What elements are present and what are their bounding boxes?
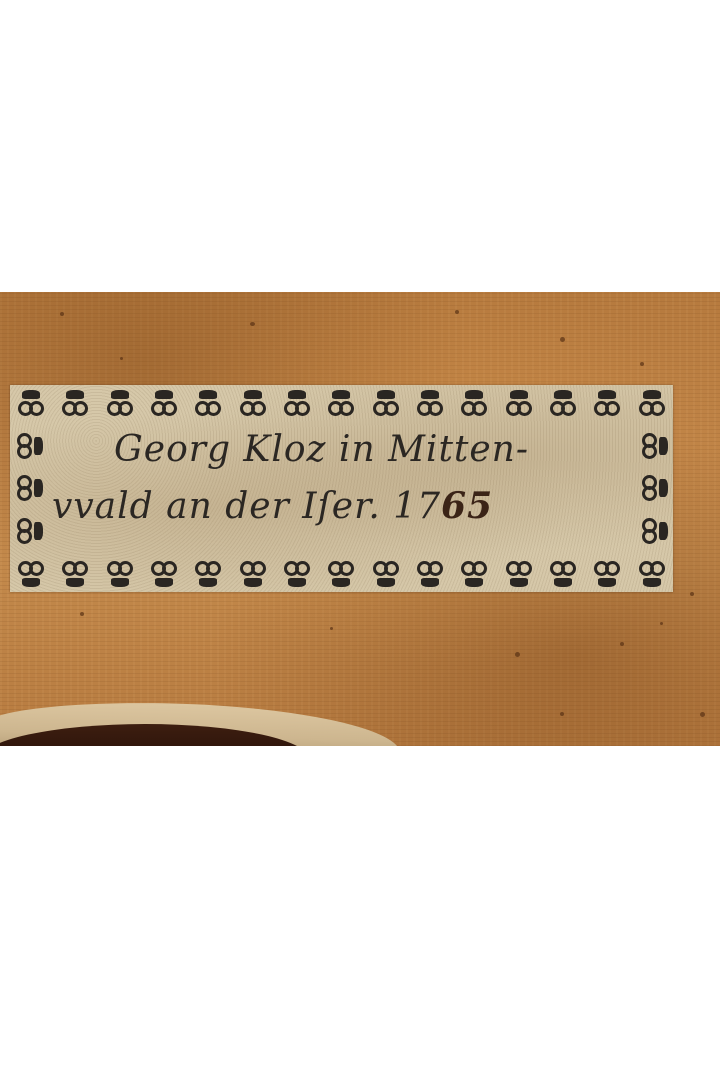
maker-label: Georg Kloz in Mitten- vvald an der Iſer.… xyxy=(10,385,673,592)
label-place-text: vvald an der Iſer. xyxy=(52,486,393,527)
label-line-1: Georg Kloz in Mitten- xyxy=(114,429,625,470)
label-border-left xyxy=(12,425,46,552)
label-border-bottom xyxy=(16,556,667,590)
violin-interior-photo: Georg Kloz in Mitten- vvald an der Iſer.… xyxy=(0,292,720,746)
label-line-2: vvald an der Iſer. 1765 xyxy=(52,485,625,527)
label-border-top xyxy=(16,387,667,421)
label-border-right xyxy=(637,425,671,552)
label-year-handwritten: 65 xyxy=(441,485,493,527)
label-year-printed: 17 xyxy=(393,486,441,527)
